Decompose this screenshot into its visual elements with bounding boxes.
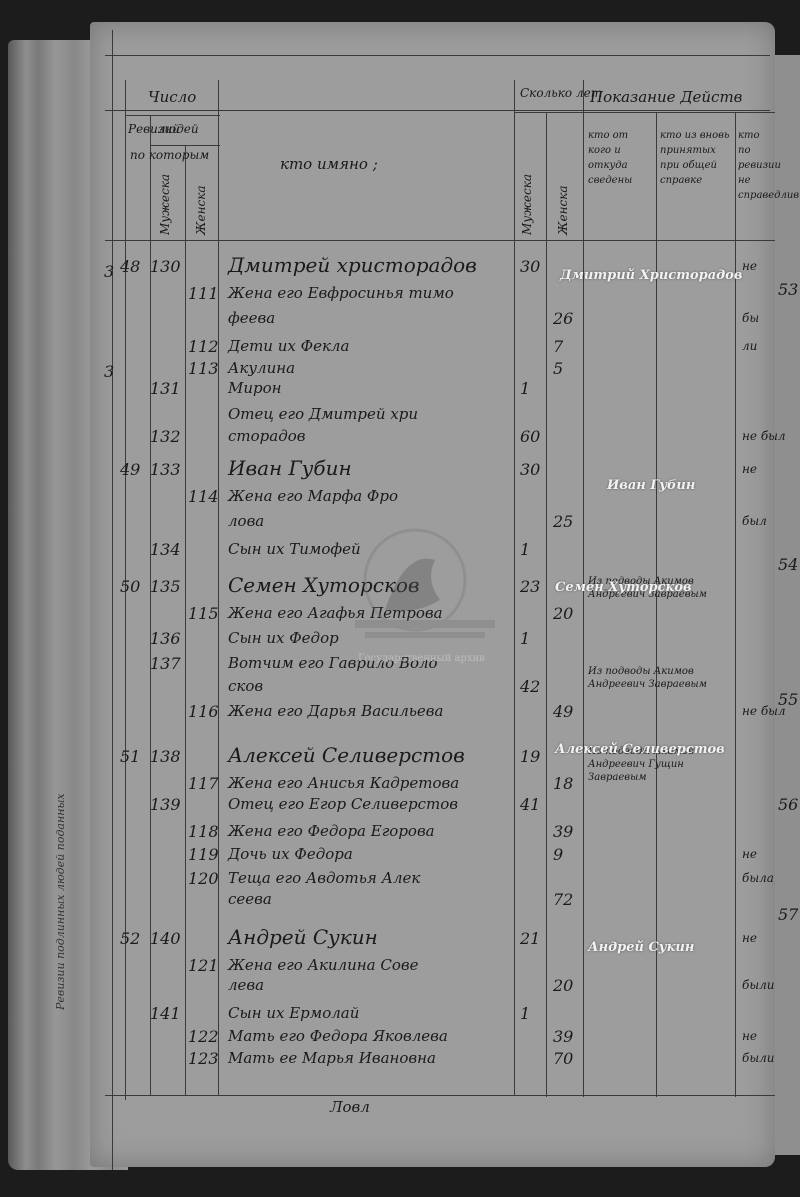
header-zhenska: Женска bbox=[194, 185, 208, 235]
female-number: 117 bbox=[188, 774, 219, 793]
header-col-a: кто от кого и откуда сведены bbox=[588, 128, 654, 188]
male-number: 131 bbox=[150, 379, 181, 398]
household-member: Дети их Фекла bbox=[228, 337, 349, 355]
household-member: Отец его Егор Селиверстов bbox=[228, 795, 458, 813]
household-member: Сын их Ермолай bbox=[228, 1004, 359, 1022]
rule bbox=[185, 145, 186, 1095]
household-member: Жена его Дарья Васильева bbox=[228, 702, 443, 720]
household-member: сков bbox=[228, 677, 263, 695]
age-male: 41 bbox=[520, 795, 540, 814]
status-note: не был bbox=[742, 429, 786, 443]
rule bbox=[218, 80, 219, 1095]
footer-note: Ловл bbox=[330, 1098, 370, 1116]
male-number: 137 bbox=[150, 654, 181, 673]
status-note: ли bbox=[742, 339, 757, 353]
age-male: 42 bbox=[520, 677, 540, 696]
male-number: 132 bbox=[150, 427, 181, 446]
household-member: лева bbox=[228, 976, 264, 994]
status-note: не bbox=[742, 462, 757, 476]
facing-page-number: 55 bbox=[778, 690, 798, 709]
status-note: бы bbox=[742, 311, 759, 325]
male-number: 135 bbox=[150, 577, 181, 596]
margin-note: Ревизии подлинных людей поданных bbox=[54, 793, 67, 1010]
household-member: Жена его Акилина Сове bbox=[228, 956, 418, 974]
female-number: 121 bbox=[188, 956, 219, 975]
age-male: 1 bbox=[520, 540, 530, 559]
age-male: 19 bbox=[520, 747, 540, 766]
facing-page-number: 57 bbox=[778, 905, 798, 924]
dvor-number: 50 bbox=[120, 577, 140, 596]
male-number: 133 bbox=[150, 460, 181, 479]
status-note: не bbox=[742, 931, 757, 945]
male-number: 134 bbox=[150, 540, 181, 559]
female-number: 118 bbox=[188, 822, 219, 841]
header-testimony: Показание Действ bbox=[590, 88, 742, 106]
facing-page-number: 54 bbox=[778, 555, 798, 574]
header-age-m: Мужеска bbox=[520, 174, 534, 235]
age-female: 5 bbox=[553, 359, 563, 378]
age-male: 30 bbox=[520, 460, 540, 479]
transcription-overlay: Алексей Селиверстов bbox=[555, 742, 725, 757]
transcription-overlay: Андрей Сукин bbox=[588, 940, 694, 955]
rule bbox=[514, 80, 515, 1095]
female-number: 114 bbox=[188, 487, 219, 506]
age-female: 39 bbox=[553, 1027, 573, 1046]
household-member: Жена его Федора Егорова bbox=[228, 822, 435, 840]
rule bbox=[125, 115, 220, 116]
age-male: 60 bbox=[520, 427, 540, 446]
transcription-overlay: Иван Губин bbox=[607, 478, 695, 493]
household-member: Мирон bbox=[228, 379, 282, 397]
female-number: 112 bbox=[188, 337, 219, 356]
household-member: Отец его Дмитрей хри bbox=[228, 405, 418, 423]
status-note: были bbox=[742, 978, 774, 992]
household-member: сеева bbox=[228, 890, 272, 908]
age-male: 30 bbox=[520, 257, 540, 276]
household-member: Жена его Марфа Фро bbox=[228, 487, 398, 505]
household-member: Жена его Евфросинья тимо bbox=[228, 284, 454, 302]
rule bbox=[515, 112, 775, 113]
status-note: не bbox=[742, 847, 757, 861]
age-female: 20 bbox=[553, 976, 573, 995]
male-number: 141 bbox=[150, 1004, 181, 1023]
household-member: Мать его Федора Яковлева bbox=[228, 1027, 448, 1045]
female-number: 123 bbox=[188, 1049, 219, 1068]
female-number: 120 bbox=[188, 869, 219, 888]
head-of-household: Иван Губин bbox=[228, 456, 352, 480]
header-number: Число bbox=[148, 88, 196, 106]
head-of-household: Андрей Сукин bbox=[228, 925, 378, 949]
female-number: 111 bbox=[188, 284, 219, 303]
household-member: Сын их Федор bbox=[228, 629, 339, 647]
female-number: 122 bbox=[188, 1027, 219, 1046]
age-female: 20 bbox=[553, 604, 573, 623]
header-muzheska: Мужеска bbox=[158, 174, 172, 235]
dvor-number: 51 bbox=[120, 747, 140, 766]
transcription-overlay: Семен Хуторсков bbox=[555, 580, 692, 595]
age-male: 23 bbox=[520, 577, 540, 596]
female-number: 119 bbox=[188, 845, 219, 864]
header-age-f: Женска bbox=[556, 185, 570, 235]
transcription-overlay: Дмитрий Христорадов bbox=[560, 268, 742, 283]
archive-watermark-icon bbox=[345, 520, 505, 670]
age-female: 72 bbox=[553, 890, 573, 909]
age-female: 26 bbox=[553, 309, 573, 328]
facing-page-number: 53 bbox=[778, 280, 798, 299]
head-of-household: Дмитрей христорадов bbox=[228, 253, 477, 277]
rule bbox=[105, 240, 775, 241]
household-member: Дочь их Федора bbox=[228, 845, 353, 863]
age-male: 1 bbox=[520, 629, 530, 648]
female-number: 113 bbox=[188, 359, 219, 378]
female-number: 116 bbox=[188, 702, 219, 721]
female-number: 115 bbox=[188, 604, 219, 623]
household-member: лова bbox=[228, 512, 264, 530]
status-note: был bbox=[742, 514, 767, 528]
dvor-number: 48 bbox=[120, 257, 140, 276]
household-member: феева bbox=[228, 309, 275, 327]
male-number: 136 bbox=[150, 629, 181, 648]
male-number: 139 bbox=[150, 795, 181, 814]
rule bbox=[546, 112, 547, 1097]
status-note: была bbox=[742, 871, 774, 885]
header-col-c: кто по ревизии не справедлив bbox=[738, 128, 774, 203]
household-member: Акулина bbox=[228, 359, 295, 377]
status-note: были bbox=[742, 1051, 774, 1065]
side-mark: 3 bbox=[104, 362, 114, 381]
age-female: 70 bbox=[553, 1049, 573, 1068]
status-note: не bbox=[742, 259, 757, 273]
watermark-text: Государственный архив bbox=[358, 653, 485, 664]
male-number: 130 bbox=[150, 257, 181, 276]
age-female: 39 bbox=[553, 822, 573, 841]
dvor-number: 49 bbox=[120, 460, 140, 479]
testimony-note: Из подводы Акимов Андреевич Завраевым bbox=[588, 665, 738, 691]
age-female: 18 bbox=[553, 774, 573, 793]
age-male: 1 bbox=[520, 1004, 530, 1023]
household-member: Мать ее Марья Ивановна bbox=[228, 1049, 436, 1067]
header-col-b: кто из вновь принятых при общей справке bbox=[660, 128, 734, 188]
status-note: не bbox=[742, 1029, 757, 1043]
side-mark: 3 bbox=[104, 262, 114, 281]
household-member: Теща его Авдотья Алек bbox=[228, 869, 420, 887]
household-member: Жена его Анисья Кадретова bbox=[228, 774, 459, 792]
age-female: 49 bbox=[553, 702, 573, 721]
header-lyudey: людей bbox=[158, 122, 199, 136]
rule bbox=[105, 55, 770, 56]
dvor-number: 52 bbox=[120, 929, 140, 948]
household-member: Сын их Тимофей bbox=[228, 540, 361, 558]
male-number: 140 bbox=[150, 929, 181, 948]
age-female: 25 bbox=[553, 512, 573, 531]
age-male: 1 bbox=[520, 379, 530, 398]
head-of-household: Алексей Селиверстов bbox=[228, 743, 465, 767]
household-member: сторадов bbox=[228, 427, 305, 445]
rule bbox=[112, 30, 113, 1170]
age-female: 7 bbox=[553, 337, 563, 356]
rule bbox=[735, 112, 736, 1097]
facing-page-number: 56 bbox=[778, 795, 798, 814]
rule bbox=[105, 110, 770, 111]
male-number: 138 bbox=[150, 747, 181, 766]
age-male: 21 bbox=[520, 929, 540, 948]
age-female: 9 bbox=[553, 845, 563, 864]
rule bbox=[105, 1095, 775, 1096]
header-who-name: кто имяно ; bbox=[280, 155, 378, 173]
header-po: по которым bbox=[130, 148, 209, 162]
